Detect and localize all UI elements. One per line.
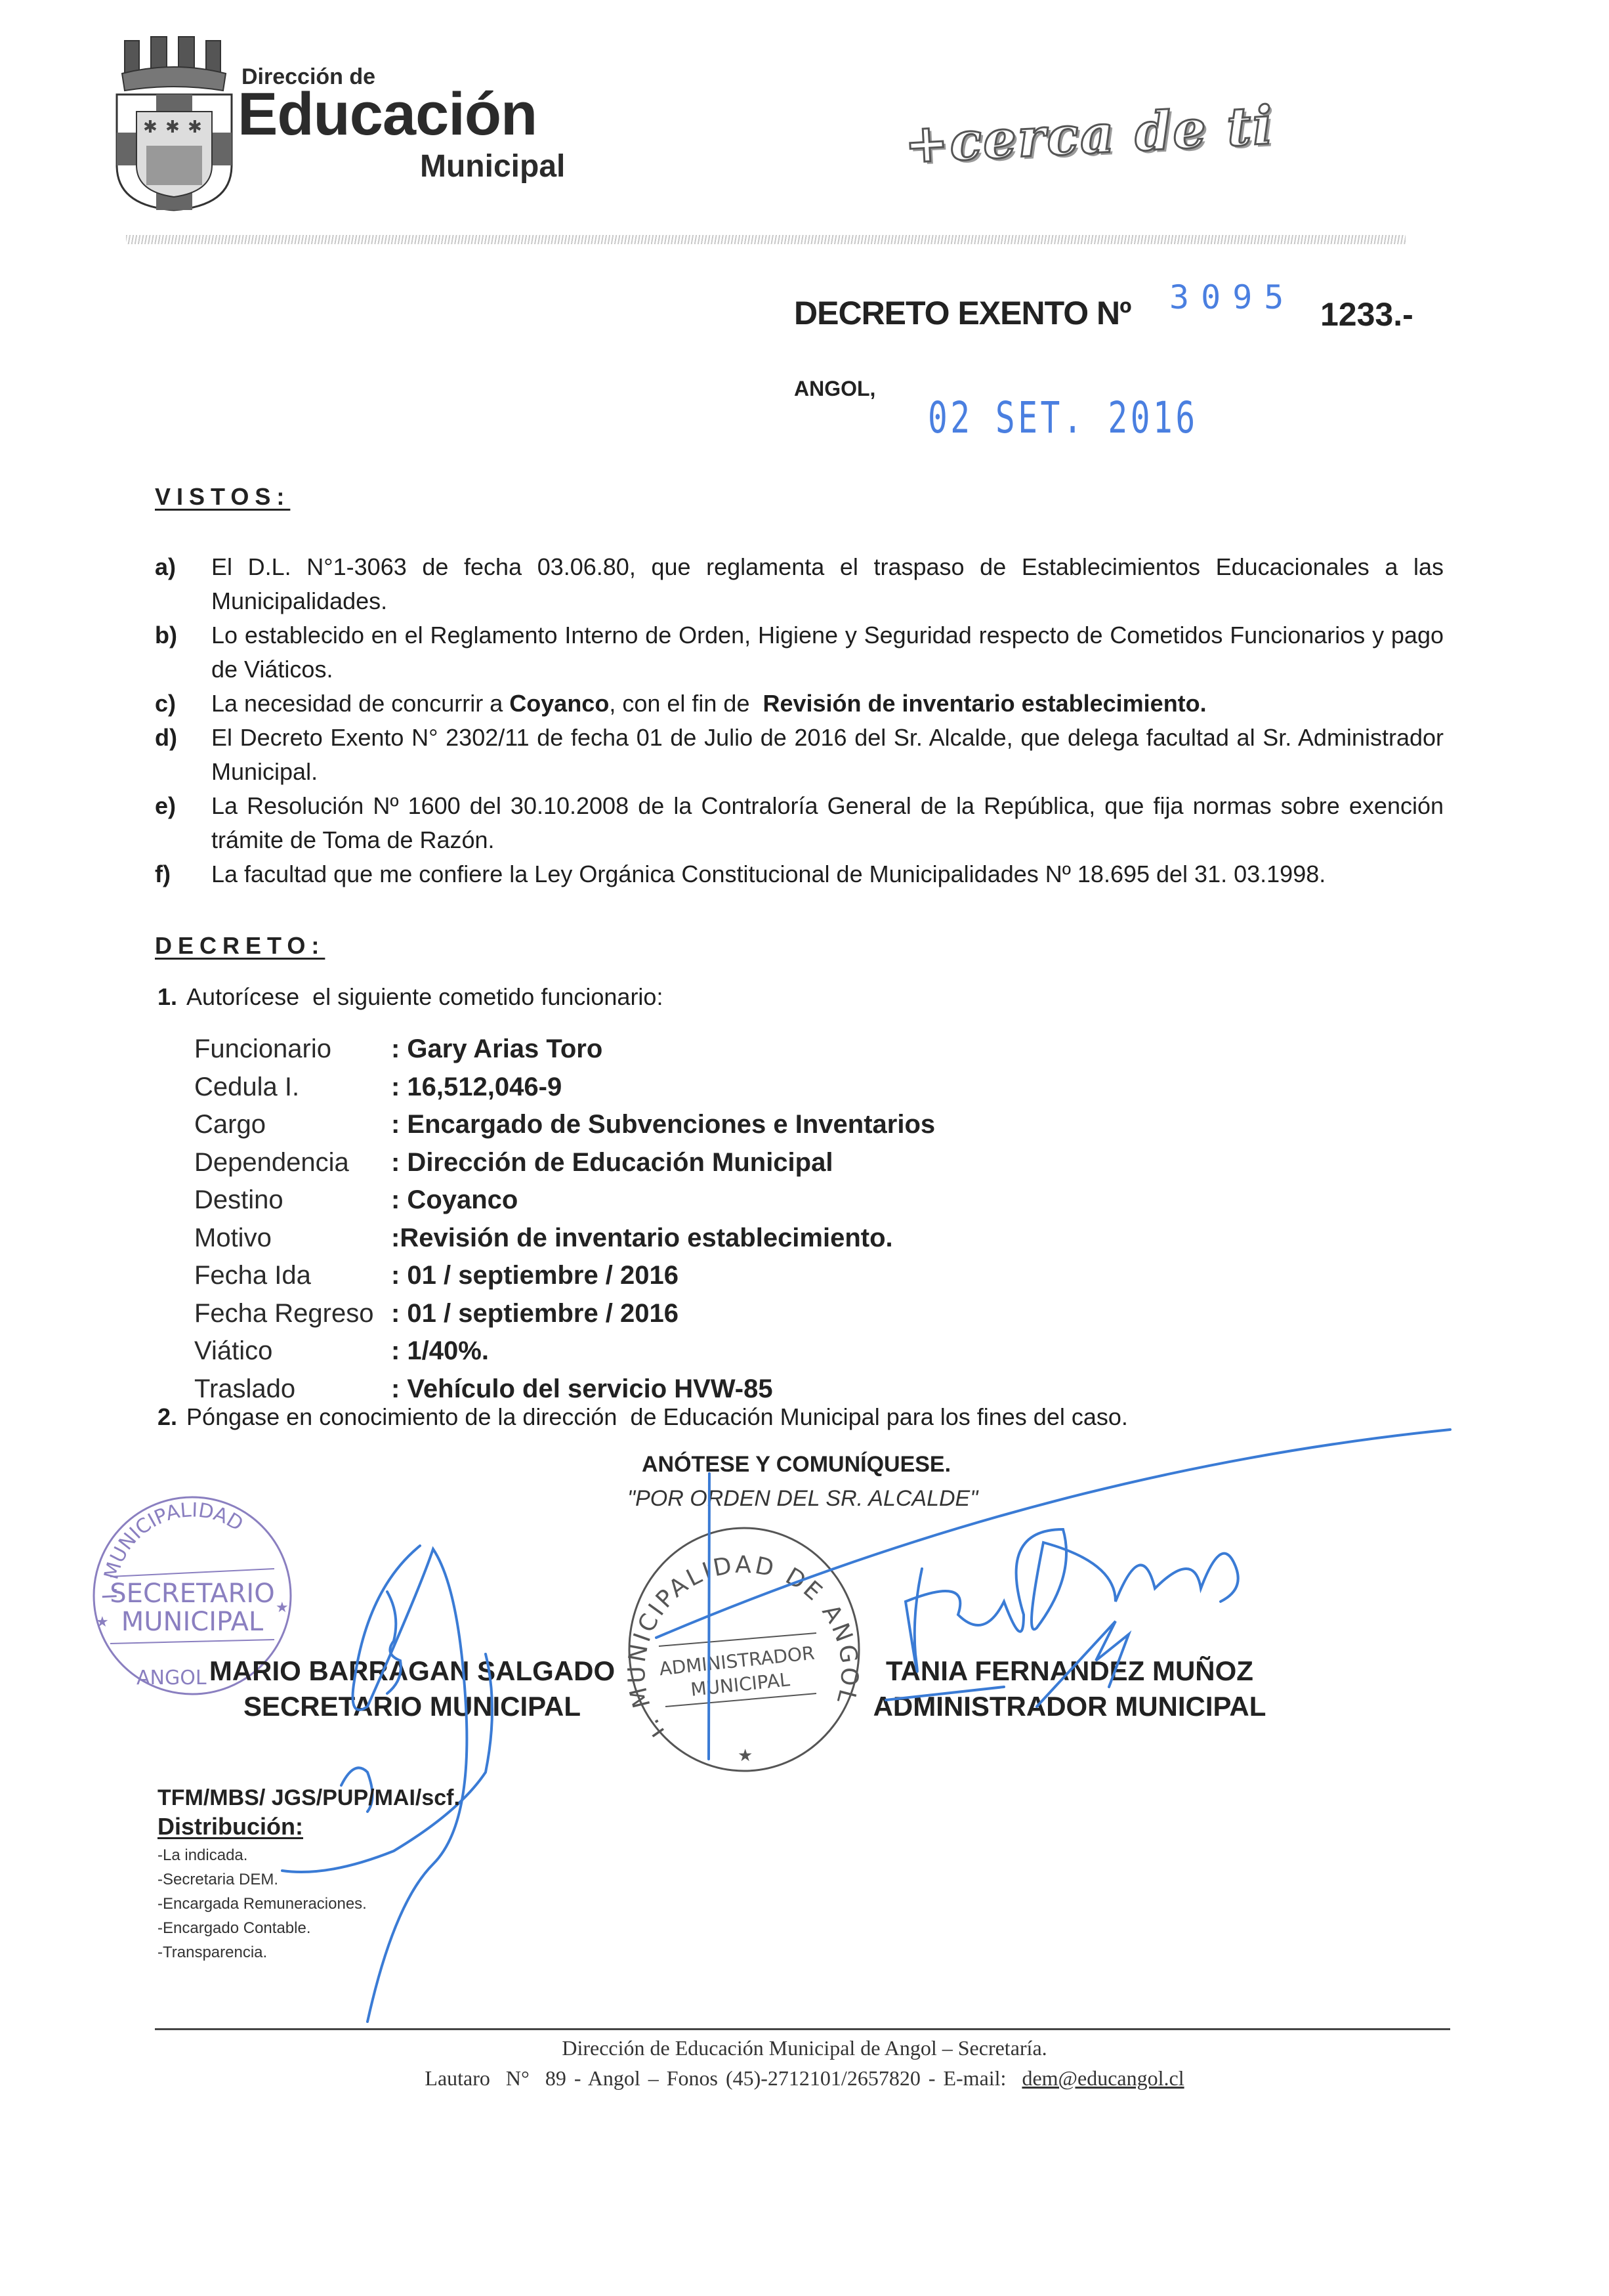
visto-letter: b)	[155, 618, 211, 687]
visto-item: b) Lo establecido en el Reglamento Inter…	[155, 618, 1444, 687]
star-icon: ★	[738, 1745, 753, 1765]
seal-ring-text: I. MUNICIPALIDAD DE ANGOL	[623, 1552, 863, 1744]
visto-text-part: La necesidad de concurrir a	[211, 690, 509, 717]
visto-item: a) El D.L. N°1-3063 de fecha 03.06.80, q…	[155, 550, 1444, 618]
place-label: ANGOL,	[794, 377, 875, 401]
closing-formula: ANÓTESE Y COMUNÍQUESE.	[642, 1452, 951, 1478]
visto-text: Lo establecido en el Reglamento Interno …	[211, 618, 1444, 687]
distribution-list: -La indicada. -Secretaria DEM. -Encargad…	[157, 1843, 367, 1965]
svg-text:✱: ✱	[188, 117, 202, 137]
item-text: Póngase en conocimiento de la dirección …	[186, 1403, 1128, 1430]
footer-contact-line: Lautaro N° 89 - Angol – Fonos (45)-27121…	[0, 2066, 1609, 2091]
field-value: : Coyanco	[391, 1181, 518, 1220]
field-value: :Revisión de inventario establecimiento.	[391, 1220, 893, 1258]
distribution-item: -Encargado Contable.	[157, 1916, 367, 1940]
administrator-role: ADMINISTRADOR MUNICIPAL	[866, 1691, 1273, 1722]
visto-text-part: , con el fin de	[609, 690, 763, 717]
secretary-role: SECRETARIO MUNICIPAL	[209, 1691, 616, 1722]
field-row: Cargo: Encargado de Subvenciones e Inven…	[194, 1106, 935, 1144]
field-label: Cedula I.	[194, 1069, 391, 1107]
field-row: Motivo:Revisión de inventario establecim…	[194, 1220, 935, 1258]
field-row: Destino: Coyanco	[194, 1181, 935, 1220]
field-row: Fecha Ida: 01 / septiembre / 2016	[194, 1257, 935, 1295]
field-value: : Dirección de Educación Municipal	[391, 1144, 833, 1182]
field-row: Fecha Regreso: 01 / septiembre / 2016	[194, 1295, 935, 1333]
visto-item: e) La Resolución Nº 1600 del 30.10.2008 …	[155, 789, 1444, 857]
field-label: Funcionario	[194, 1031, 391, 1069]
footer-address: Lautaro N° 89 - Angol – Fonos (45)-27121…	[425, 2066, 1022, 2090]
visto-text: La facultad que me confiere la Ley Orgán…	[211, 857, 1444, 891]
distribution-item: -La indicada.	[157, 1843, 367, 1867]
field-label: Cargo	[194, 1106, 391, 1144]
field-value: : 16,512,046-9	[391, 1069, 562, 1107]
footer-org-line: Dirección de Educación Municipal de Ango…	[0, 2036, 1609, 2060]
field-label: Destino	[194, 1181, 391, 1220]
field-label: Fecha Ida	[194, 1257, 391, 1295]
field-label: Motivo	[194, 1220, 391, 1258]
visto-letter: e)	[155, 789, 211, 857]
seal-center-text: MUNICIPAL	[121, 1607, 264, 1637]
field-label: Traslado	[194, 1371, 391, 1409]
assignment-fields: Funcionario: Gary Arias ToroCedula I.: 1…	[194, 1031, 935, 1408]
reference-initials: TFM/MBS/ JGS/PUP/MAI/scf.	[157, 1785, 460, 1811]
field-label: Dependencia	[194, 1144, 391, 1182]
field-value: : Gary Arias Toro	[391, 1031, 602, 1069]
purpose-emphasis: Revisión de inventario establecimiento.	[763, 690, 1206, 717]
decreto-heading: DECRETO:	[155, 932, 325, 960]
seal-ring-text: ANGOL	[136, 1667, 207, 1690]
administrator-name: TANIA FERNANDEZ MUÑOZ	[866, 1655, 1273, 1687]
field-row: Cedula I.: 16,512,046-9	[194, 1069, 935, 1107]
svg-text:I. MUNICIPALIDAD DE ANGOL: I. MUNICIPALIDAD DE ANGOL	[623, 1552, 863, 1744]
svg-text:✱: ✱	[165, 117, 180, 137]
field-value: : 01 / septiembre / 2016	[391, 1295, 679, 1333]
svg-text:✱: ✱	[143, 117, 157, 137]
visto-item: d) El Decreto Exento N° 2302/11 de fecha…	[155, 721, 1444, 789]
item-text: Autorícese el siguiente cometido funcion…	[186, 983, 663, 1010]
secretary-name: MARIO BARRAGAN SALGADO	[209, 1655, 616, 1687]
stamped-date: 02 SET. 2016	[928, 393, 1198, 443]
org-name-line3: Municipal	[420, 148, 565, 184]
signature-right-body	[906, 1529, 1238, 1672]
decree-title: DECRETO EXENTO Nº	[794, 294, 1131, 332]
star-icon: ★	[276, 1599, 289, 1615]
field-value: : 01 / septiembre / 2016	[391, 1257, 679, 1295]
field-row: Funcionario: Gary Arias Toro	[194, 1031, 935, 1069]
field-label: Viático	[194, 1332, 391, 1371]
coat-of-arms-logo: ✱✱✱	[110, 34, 238, 211]
field-value: : 1/40%.	[391, 1332, 489, 1371]
destination-emphasis: Coyanco	[509, 690, 609, 717]
seal-center-text: SECRETARIO	[110, 1579, 274, 1609]
field-value: : Encargado de Subvenciones e Inventario…	[391, 1106, 935, 1144]
star-icon: ★	[96, 1613, 109, 1630]
item-number: 2.	[157, 1403, 177, 1430]
email-link[interactable]: dem@educangol.cl	[1022, 2066, 1184, 2090]
by-order-note: "POR ORDEN DEL SR. ALCALDE"	[627, 1486, 978, 1512]
field-row: Traslado: Vehículo del servicio HVW-85	[194, 1371, 935, 1409]
header-divider	[126, 235, 1406, 244]
visto-text: La necesidad de concurrir a Coyanco, con…	[211, 687, 1444, 721]
visto-letter: a)	[155, 550, 211, 618]
signature-left	[353, 1546, 467, 2022]
field-row: Dependencia: Dirección de Educación Muni…	[194, 1144, 935, 1182]
visto-text: La Resolución Nº 1600 del 30.10.2008 de …	[211, 789, 1444, 857]
field-value: : Vehículo del servicio HVW-85	[391, 1371, 773, 1409]
visto-item: c) La necesidad de concurrir a Coyanco, …	[155, 687, 1444, 721]
visto-text: El D.L. N°1-3063 de fecha 03.06.80, que …	[211, 550, 1444, 618]
visto-text: El Decreto Exento N° 2302/11 de fecha 01…	[211, 721, 1444, 789]
slogan: +cerca de ti	[903, 94, 1275, 175]
decree-item-1: 1.Autorícese el siguiente cometido funci…	[157, 983, 663, 1011]
stamped-number: 3095	[1169, 278, 1295, 316]
distribution-heading: Distribución:	[157, 1813, 303, 1840]
footer-divider	[155, 2028, 1450, 2030]
distribution-item: -Transparencia.	[157, 1940, 367, 1965]
visto-item: f) La facultad que me confiere la Ley Or…	[155, 857, 1444, 891]
field-row: Viático: 1/40%.	[194, 1332, 935, 1371]
visto-letter: c)	[155, 687, 211, 721]
decree-number: 1233.-	[1320, 295, 1413, 333]
visto-letter: d)	[155, 721, 211, 789]
decree-item-2: 2.Póngase en conocimiento de la direcció…	[157, 1403, 1128, 1431]
administrator-seal-stamp: I. MUNICIPALIDAD DE ANGOL ADMINISTRADOR …	[619, 1521, 869, 1777]
vistos-heading: VISTOS:	[155, 483, 290, 511]
vistos-list: a) El D.L. N°1-3063 de fecha 03.06.80, q…	[155, 550, 1444, 891]
distribution-item: -Encargada Remuneraciones.	[157, 1892, 367, 1916]
item-number: 1.	[157, 983, 177, 1010]
field-label: Fecha Regreso	[194, 1295, 391, 1333]
visto-letter: f)	[155, 857, 211, 891]
org-name-line2: Educación	[238, 84, 537, 144]
distribution-item: -Secretaria DEM.	[157, 1867, 367, 1892]
